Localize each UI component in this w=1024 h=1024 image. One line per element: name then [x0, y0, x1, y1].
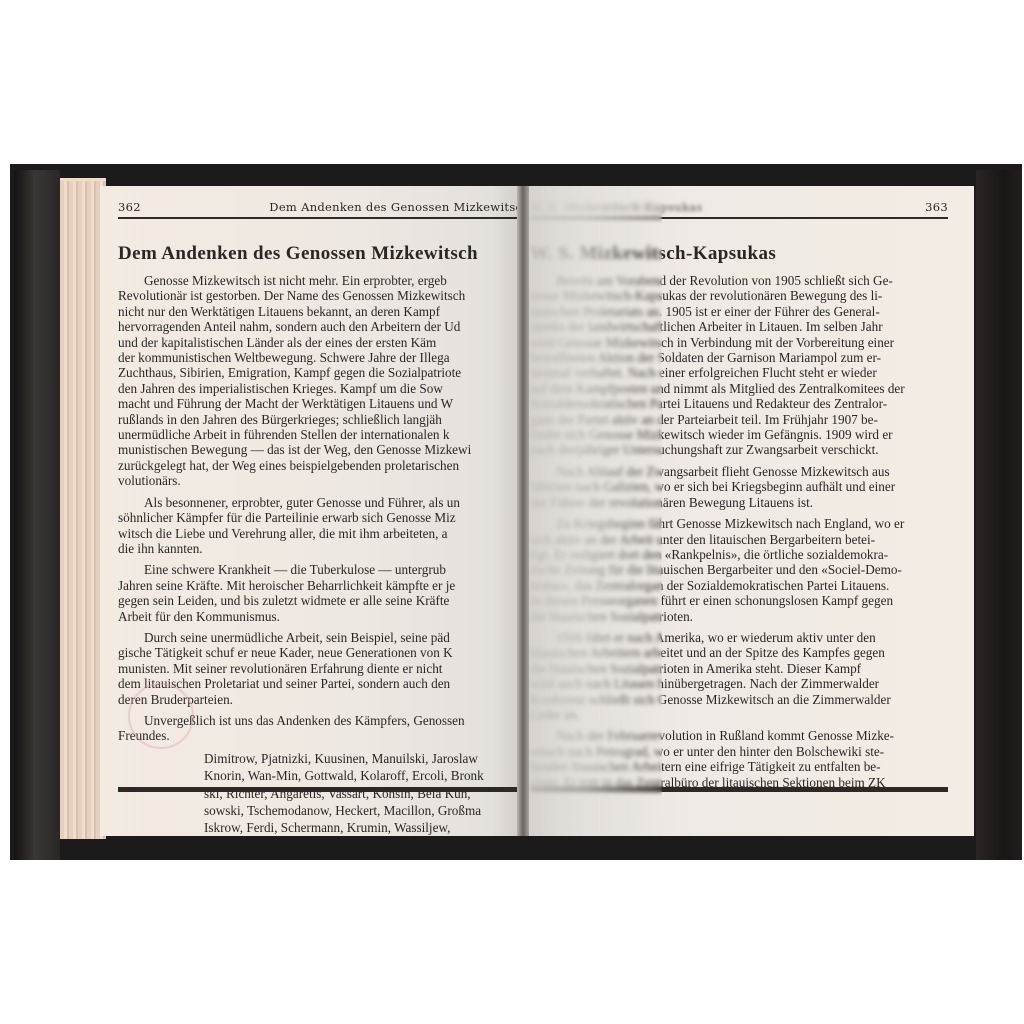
text-line: nach dreijähriger Untersuchungshaft zur …: [530, 442, 948, 457]
text-line: Genosse Mizkewitsch ist nicht mehr. Ein …: [118, 273, 526, 288]
library-stamp: [128, 683, 194, 749]
text-line: In diesen Presseorganen führt er einen s…: [530, 593, 948, 608]
running-head-title: Dem Andenken des Genossen Mizkewitsch: [269, 200, 526, 214]
text-line: Konferenz schließt sich Genosse Mizkewit…: [530, 692, 948, 707]
text-line: die litauischen Sozialpatrioten in Ameri…: [530, 661, 948, 676]
text-line: auf dem Kampfposten und nimmt als Mitgli…: [530, 381, 948, 396]
text-line: Als besonnener, erprobter, guter Genosse…: [118, 495, 526, 510]
running-head: 362 Dem Andenken des Genossen Mizkewitsc…: [118, 200, 526, 219]
paragraph: 1916 fährt er nach Amerika, wo er wieder…: [530, 630, 948, 722]
book-gutter: [517, 186, 529, 836]
text-line: sich aktiv an der Arbeit unter den litau…: [530, 532, 948, 547]
page-number: 362: [118, 200, 141, 214]
signatory-line: Iskrow, Ferdi, Schermann, Krumin, Wassil…: [204, 819, 526, 836]
signatory-line: Knorin, Wan-Min, Gottwald, Kolaroff, Erc…: [204, 767, 526, 784]
text-line: hervorragenden Anteil nahm, sondern auch…: [118, 319, 526, 334]
paragraph: Eine schwere Krankheit — die Tuberkulose…: [118, 562, 526, 624]
text-line: die litauischen Sozialpatrioten.: [530, 609, 948, 624]
text-line: henden litauischen Arbeitern eine eifrig…: [530, 759, 948, 774]
text-line: stenmal verhaftet. Nach einer erfolgreic…: [530, 365, 948, 380]
text-line: nosse Mizkewitsch-Kapsukas der revolutio…: [530, 288, 948, 303]
text-line: gans der Partei aktiv an der Parteiarbei…: [530, 412, 948, 427]
text-line: wird auch nach Litauen hinübergetragen. …: [530, 676, 948, 691]
text-line: Bereits am Vorabend der Revolution von 1…: [530, 273, 948, 288]
text-line: Nach Ablauf der Zwangsarbeit flieht Geno…: [530, 464, 948, 479]
text-line: den Jahren des imperialistischen Krieges…: [118, 381, 526, 396]
book-cover-left: [14, 170, 60, 860]
paragraph: Nach Ablauf der Zwangsarbeit flieht Geno…: [530, 464, 948, 510]
text-line: rußlands in den Jahren des Bürgerkrieges…: [118, 412, 526, 427]
text-line: Jahren seine Kräfte. Mit heroischer Beha…: [118, 578, 526, 593]
body-text: Bereits am Vorabend der Revolution von 1…: [530, 273, 948, 790]
text-line: Nach der Februarrevolution in Rußland ko…: [530, 728, 948, 743]
text-line: litauischen Arbeitern arbeitet und an de…: [530, 645, 948, 660]
text-line: zurückgelegt hat, der Weg eines beispiel…: [118, 458, 526, 473]
left-page: 362 Dem Andenken des Genossen Mizkewitsc…: [100, 186, 526, 836]
right-page: W. S. Mizkewitsch-Kapsukas 363 W. S. Miz…: [522, 186, 974, 836]
text-line: tische Zeitung für die litauischen Berga…: [530, 562, 948, 577]
text-line: Zu Kriegsbeginn fährt Genosse Mizkewitsc…: [530, 516, 948, 531]
text-line: 1916 fährt er nach Amerika, wo er wieder…: [530, 630, 948, 645]
text-line: gische Tätigkeit schuf er neue Kader, ne…: [118, 645, 526, 660]
text-line: der kommunistischen Weltbewegung. Schwer…: [118, 350, 526, 365]
text-line: wird Genosse Mizkewitsch in Verbindung m…: [530, 335, 948, 350]
text-line: Revolutionär ist gestorben. Der Name des…: [118, 288, 526, 303]
text-line: der Führer der revolutionären Bewegung L…: [530, 495, 948, 510]
text-line: söhnlicher Kämpfer für die Parteilinie e…: [118, 510, 526, 525]
signatory-line: sowski, Tschemodanow, Heckert, Macillon,…: [204, 802, 526, 819]
text-line: Eine schwere Krankheit — die Tuberkulose…: [118, 562, 526, 577]
paragraph: Bereits am Vorabend der Revolution von 1…: [530, 273, 948, 458]
bottom-rule: [530, 787, 948, 792]
text-line: witsch die Liebe und Verehrung aller, di…: [118, 526, 526, 541]
text-line: macht und Führung der Macht der Werktäti…: [118, 396, 526, 411]
text-line: Sozialdemokratischen Partei Litauens und…: [530, 396, 948, 411]
text-line: Arbeit für den Kommunismus.: [118, 609, 526, 624]
text-line: tauischen Proletariats an. 1905 ist er e…: [530, 304, 948, 319]
running-head-title: W. S. Mizkewitsch-Kapsukas: [530, 200, 703, 214]
running-head: W. S. Mizkewitsch-Kapsukas 363: [530, 200, 948, 219]
signatories: Dimitrow, Pjatnizki, Kuusinen, Manuilski…: [118, 750, 526, 836]
text-line: munistischen Bewegung — das ist der Weg,…: [118, 442, 526, 457]
paragraph: Nach der Februarrevolution in Rußland ko…: [530, 728, 948, 790]
chapter-title: W. S. Mizkewitsch-Kapsukas: [530, 243, 948, 265]
paragraph: Zu Kriegsbeginn fährt Genosse Mizkewitsc…: [530, 516, 948, 624]
text-line: Durch seine unermüdliche Arbeit, sein Be…: [118, 630, 526, 645]
paragraph: Genosse Mizkewitsch ist nicht mehr. Ein …: [118, 273, 526, 489]
text-line: nicht nur den Werktätigen Litauens bekan…: [118, 304, 526, 319]
page-number: 363: [925, 200, 948, 214]
text-line: volutionärs.: [118, 473, 526, 488]
text-line: streiks der landwirtschaftlichen Arbeite…: [530, 319, 948, 334]
body-text: Genosse Mizkewitsch ist nicht mehr. Ein …: [118, 273, 526, 744]
text-line: Linke an.: [530, 707, 948, 722]
chapter-title: Dem Andenken des Genossen Mizkewitsch: [118, 243, 526, 265]
signatory-line: Dimitrow, Pjatnizki, Kuusinen, Manuilski…: [204, 750, 526, 767]
text-line: ligt. Er redigiert dort den «Rankpelnis»…: [530, 547, 948, 562]
text-line: bewaffneten Aktion der Soldaten der Garn…: [530, 350, 948, 365]
text-line: munisten. Mit seiner revolutionären Erfa…: [118, 661, 526, 676]
bottom-rule: [118, 787, 526, 792]
text-line: witsch nach Petrograd, wo er unter den h…: [530, 744, 948, 759]
text-line: findet sich Genosse Mizkewitsch wieder i…: [530, 427, 948, 442]
text-line: kratas», das Zentralorgan der Sozialdemo…: [530, 578, 948, 593]
text-line: und der kapitalistischen Länder als der …: [118, 335, 526, 350]
text-line: gegen sein Leiden, und bis zuletzt widme…: [118, 593, 526, 608]
text-line: die ihn kannten.: [118, 541, 526, 556]
text-line: unermüdliche Arbeit in führenden Stellen…: [118, 427, 526, 442]
book-cover-right: [976, 170, 1022, 860]
text-line: Sibirien nach Galizien, wo er sich bei K…: [530, 479, 948, 494]
text-line: Zuchthaus, Sibirien, Emigration, Kampf g…: [118, 365, 526, 380]
paragraph: Als besonnener, erprobter, guter Genosse…: [118, 495, 526, 557]
